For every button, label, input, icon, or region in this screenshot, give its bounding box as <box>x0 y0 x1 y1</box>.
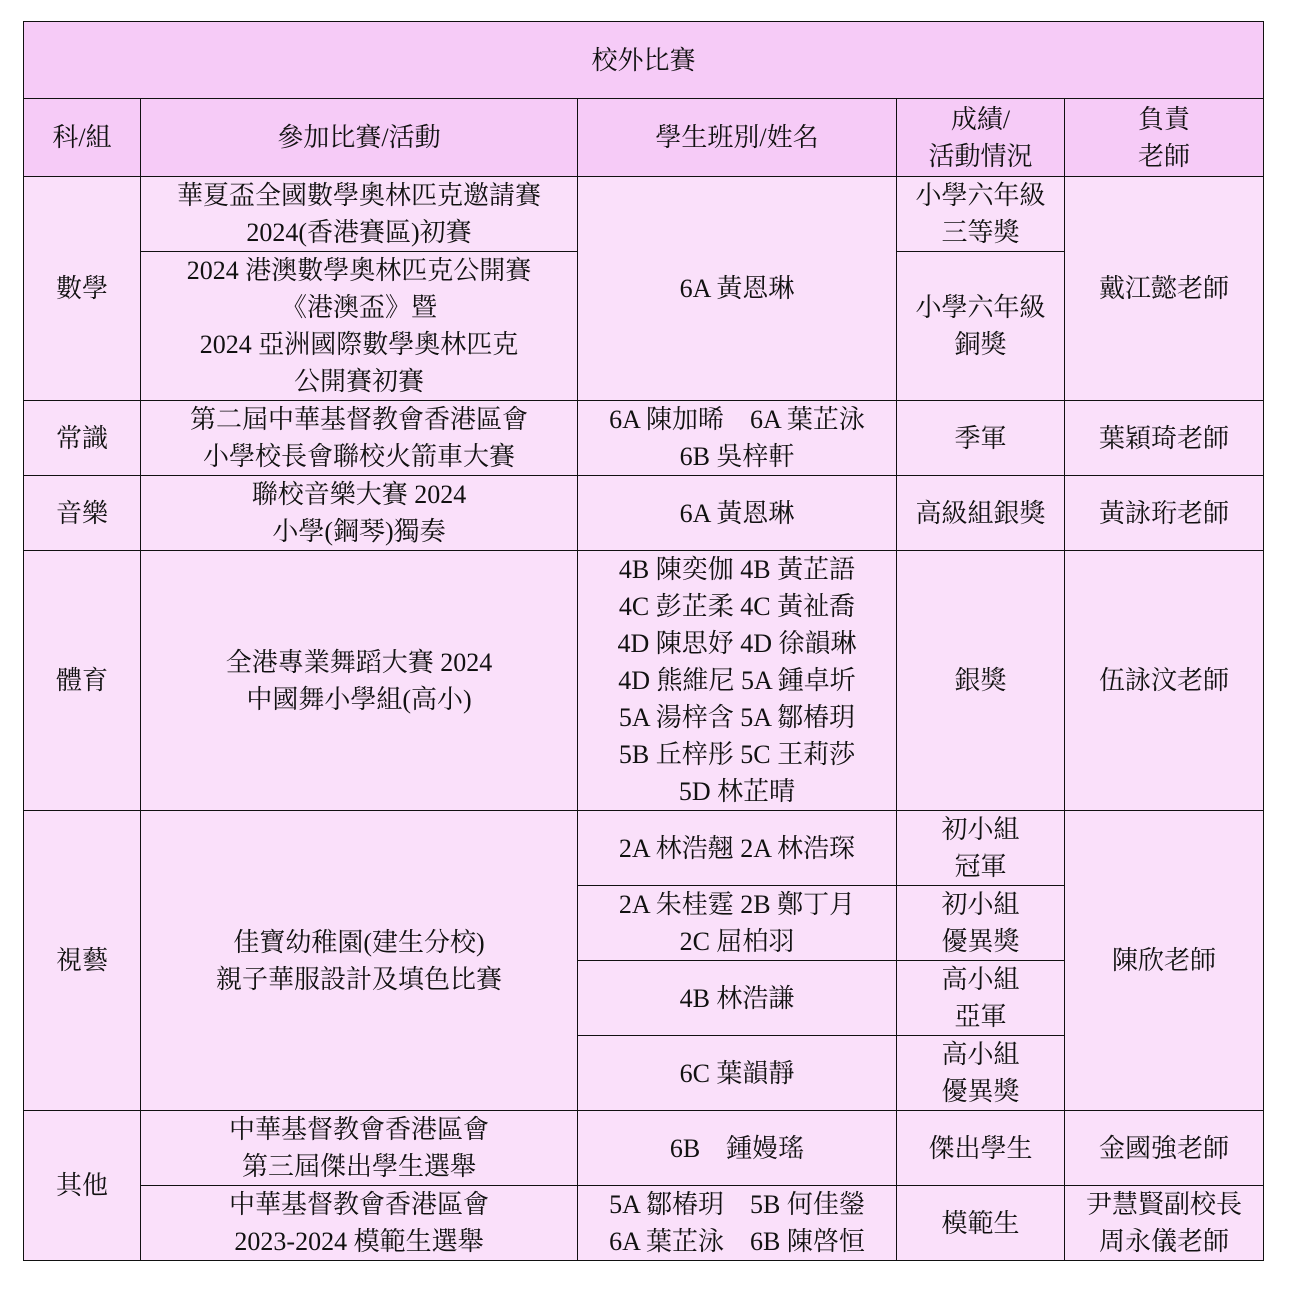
teacher-cell: 伍詠汶老師 <box>1065 551 1264 811</box>
teacher-cell: 尹慧賢副校長 周永儀老師 <box>1065 1186 1264 1261</box>
students-cell: 6B 鍾嫚瑤 <box>578 1111 897 1186</box>
table-row: 體育 全港專業舞蹈大賽 2024 中國舞小學組(高小) 4B 陳奕伽 4B 黃芷… <box>24 551 1264 811</box>
result-cell: 模範生 <box>897 1186 1065 1261</box>
competition-cell: 全港專業舞蹈大賽 2024 中國舞小學組(高小) <box>141 551 578 811</box>
competition-cell: 聯校音樂大賽 2024 小學(鋼琴)獨奏 <box>141 476 578 551</box>
competition-cell: 2024 港澳數學奧林匹克公開賽 《港澳盃》暨 2024 亞洲國際數學奧林匹克 … <box>141 252 578 401</box>
result-cell: 高小組 優異獎 <box>897 1036 1065 1111</box>
students-cell: 6C 葉韻靜 <box>578 1036 897 1111</box>
teacher-cell: 陳欣老師 <box>1065 811 1264 1111</box>
result-cell: 初小組 優異獎 <box>897 886 1065 961</box>
result-cell: 高級組銀獎 <box>897 476 1065 551</box>
table-row: 中華基督教會香港區會 2023-2024 模範生選舉 5A 鄒椿玥 5B 何佳鎣… <box>24 1186 1264 1261</box>
subject-cell: 視藝 <box>24 811 141 1111</box>
header-students: 學生班別/姓名 <box>578 99 897 177</box>
table-row: 數學 華夏盃全國數學奧林匹克邀請賽 2024(香港賽區)初賽 6A 黃恩琳 小學… <box>24 177 1264 252</box>
teacher-cell: 戴江懿老師 <box>1065 177 1264 401</box>
header-teacher: 負責 老師 <box>1065 99 1264 177</box>
competition-cell: 華夏盃全國數學奧林匹克邀請賽 2024(香港賽區)初賽 <box>141 177 578 252</box>
header-subject: 科/組 <box>24 99 141 177</box>
result-cell: 傑出學生 <box>897 1111 1065 1186</box>
teacher-cell: 金國強老師 <box>1065 1111 1264 1186</box>
students-cell: 6A 黃恩琳 <box>578 476 897 551</box>
result-cell: 銀獎 <box>897 551 1065 811</box>
subject-cell: 其他 <box>24 1111 141 1261</box>
competition-table: 校外比賽 科/組 參加比賽/活動 學生班別/姓名 成績/ 活動情況 負責 老師 … <box>23 21 1264 1261</box>
competition-cell: 第二屆中華基督教會香港區會 小學校長會聯校火箭車大賽 <box>141 401 578 476</box>
competition-cell: 佳寶幼稚園(建生分校) 親子華服設計及填色比賽 <box>141 811 578 1111</box>
competition-cell: 中華基督教會香港區會 2023-2024 模範生選舉 <box>141 1186 578 1261</box>
subject-cell: 體育 <box>24 551 141 811</box>
students-cell: 4B 林浩謙 <box>578 961 897 1036</box>
result-cell: 小學六年級 三等獎 <box>897 177 1065 252</box>
students-cell: 5A 鄒椿玥 5B 何佳鎣 6A 葉芷泳 6B 陳啓恒 <box>578 1186 897 1261</box>
result-cell: 高小組 亞軍 <box>897 961 1065 1036</box>
teacher-cell: 葉穎琦老師 <box>1065 401 1264 476</box>
header-result: 成績/ 活動情況 <box>897 99 1065 177</box>
result-cell: 初小組 冠軍 <box>897 811 1065 886</box>
subject-cell: 數學 <box>24 177 141 401</box>
header-competition: 參加比賽/活動 <box>141 99 578 177</box>
table-row: 其他 中華基督教會香港區會 第三屆傑出學生選舉 6B 鍾嫚瑤 傑出學生 金國強老… <box>24 1111 1264 1186</box>
subject-cell: 常識 <box>24 401 141 476</box>
table-title: 校外比賽 <box>24 22 1264 99</box>
result-cell: 小學六年級 銅獎 <box>897 252 1065 401</box>
students-cell: 4B 陳奕伽 4B 黃芷語 4C 彭芷柔 4C 黃祉喬 4D 陳思妤 4D 徐韻… <box>578 551 897 811</box>
table-row: 常識 第二屆中華基督教會香港區會 小學校長會聯校火箭車大賽 6A 陳加晞 6A … <box>24 401 1264 476</box>
competition-cell: 中華基督教會香港區會 第三屆傑出學生選舉 <box>141 1111 578 1186</box>
teacher-cell: 黃詠珩老師 <box>1065 476 1264 551</box>
table-row: 音樂 聯校音樂大賽 2024 小學(鋼琴)獨奏 6A 黃恩琳 高級組銀獎 黃詠珩… <box>24 476 1264 551</box>
students-cell: 2A 朱桂霆 2B 鄭丁月 2C 屈柏羽 <box>578 886 897 961</box>
students-cell: 2A 林浩翹 2A 林浩琛 <box>578 811 897 886</box>
result-cell: 季軍 <box>897 401 1065 476</box>
students-cell: 6A 黃恩琳 <box>578 177 897 401</box>
table-row: 視藝 佳寶幼稚園(建生分校) 親子華服設計及填色比賽 2A 林浩翹 2A 林浩琛… <box>24 811 1264 886</box>
students-cell: 6A 陳加晞 6A 葉芷泳 6B 吳梓軒 <box>578 401 897 476</box>
subject-cell: 音樂 <box>24 476 141 551</box>
